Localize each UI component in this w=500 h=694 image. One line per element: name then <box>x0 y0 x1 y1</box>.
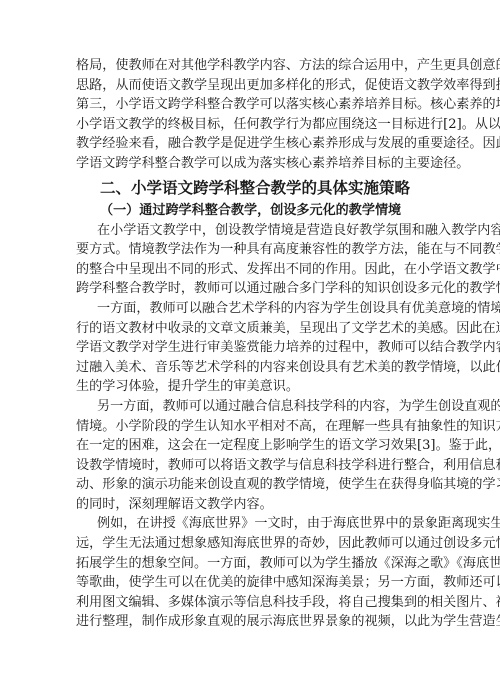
text-line: 小学语文教学的终极目标，任何教学行为都应围绕这一目标进行[2]。从以往的 <box>76 115 425 135</box>
text-line: 等歌曲，使学生可以在优美的旋律中感知深海美景；另一方面，教师还可以充分 <box>76 573 425 593</box>
text-line: 例如，在讲授《海底世界》一文时，由于海底世界中的景象距离现实生活较 <box>76 514 425 534</box>
text-line: 动、形象的演示功能来创设直观的教学情境，使学生在获得身临其境的学习体验 <box>76 475 425 495</box>
text-line: 设教学情境时，教师可以将语文教学与信息科技学科进行整合，利用信息科技生 <box>76 456 425 476</box>
subsection-heading: （一）通过跨学科整合教学，创设多元化的教学情境 <box>76 201 425 221</box>
text-line: 过融入美术、音乐等艺术学科的内容来创设具有艺术美的教学情境，以此优化学 <box>76 358 425 378</box>
paragraph-it-integration: 另一方面，教师可以通过融合信息科技学科的内容，为学生创设直观的教学 情境。小学阶… <box>76 397 425 515</box>
text-line: 另一方面，教师可以通过融合信息科技学科的内容，为学生创设直观的教学 <box>76 397 425 417</box>
section-heading: 二、小学语文跨学科整合教学的具体实施策略 <box>76 177 425 201</box>
text-line: 远，学生无法通过想象感知海底世界的奇妙，因此教师可以通过创设多元情境来 <box>76 534 425 554</box>
text-line: 生的学习体验，提升学生的审美意识。 <box>76 377 425 397</box>
text-line: 进行整理，制作成形象直观的展示海底世界景象的视频，以此为学生营造生动的 <box>76 612 425 632</box>
paragraph-art-integration: 一方面，教师可以融合艺术学科的内容为学生创设具有优美意境的情境。现 行的语文教材… <box>76 299 425 397</box>
paragraph-example-undersea-world: 例如，在讲授《海底世界》一文时，由于海底世界中的景象距离现实生活较 远，学生无法… <box>76 514 425 632</box>
text-line: 利用图文编辑、多媒体演示等信息科技手段，将自己搜集到的相关图片、视频等 <box>76 593 425 613</box>
text-line: 拓展学生的想象空间。一方面，教师可以为学生播放《深海之歌》《海底世界》 <box>76 554 425 574</box>
text-line: 学语文跨学科整合教学可以成为落实核心素养培养目标的主要途径。 <box>76 154 425 174</box>
text-line: 第三，小学语文跨学科整合教学可以落实核心素养培养目标。核心素养的培养是 <box>76 95 425 115</box>
text-line: 在一定的困难，这会在一定程度上影响学生的语文学习效果[3]。鉴于此，在创 <box>76 436 425 456</box>
text-line: 情境。小学阶段的学生认知水平相对不高，在理解一些具有抽象性的知识方面存 <box>76 417 425 437</box>
text-line: 学语文教学对学生进行审美鉴赏能力培养的过程中，教师可以结合教学内容，通 <box>76 338 425 358</box>
text-line: 一方面，教师可以融合艺术学科的内容为学生创设具有优美意境的情境。现 <box>76 299 425 319</box>
text-line: 要方式。情境教学法作为一种具有高度兼容性的教学方法，能在与不同教学因素 <box>76 240 425 260</box>
document-page: 格局，使教师在对其他学科教学内容、方法的综合运用中，产生更具创意的教学 思路，从… <box>76 56 425 632</box>
text-line: 在小学语文教学中，创设教学情境是营造良好教学氛围和融入教学内容的重 <box>76 221 425 241</box>
text-line: 的同时，深刻理解语文教学内容。 <box>76 495 425 515</box>
paragraph-situational-teaching: 在小学语文教学中，创设教学情境是营造良好教学氛围和融入教学内容的重 要方式。情境… <box>76 221 425 299</box>
text-line: 跨学科整合教学时，教师可以通过融合多门学科的知识创设多元化的教学情境。 <box>76 279 425 299</box>
text-line: 思路，从而使语文教学呈现出更加多样化的形式，促使语文教学效率得到提升。 <box>76 76 425 96</box>
text-line: 教学经验来看，融合教学是促进学生核心素养形成与发展的重要途径。因此，小 <box>76 134 425 154</box>
text-line: 格局，使教师在对其他学科教学内容、方法的综合运用中，产生更具创意的教学 <box>76 56 425 76</box>
text-line: 行的语文教材中收录的文章文质兼美，呈现出了文学艺术的美感。因此在通过小 <box>76 319 425 339</box>
text-line: 的整合中呈现出不同的形式、发挥出不同的作用。因此，在小学语文教学中实施 <box>76 260 425 280</box>
intro-paragraph: 格局，使教师在对其他学科教学内容、方法的综合运用中，产生更具创意的教学 思路，从… <box>76 56 425 174</box>
